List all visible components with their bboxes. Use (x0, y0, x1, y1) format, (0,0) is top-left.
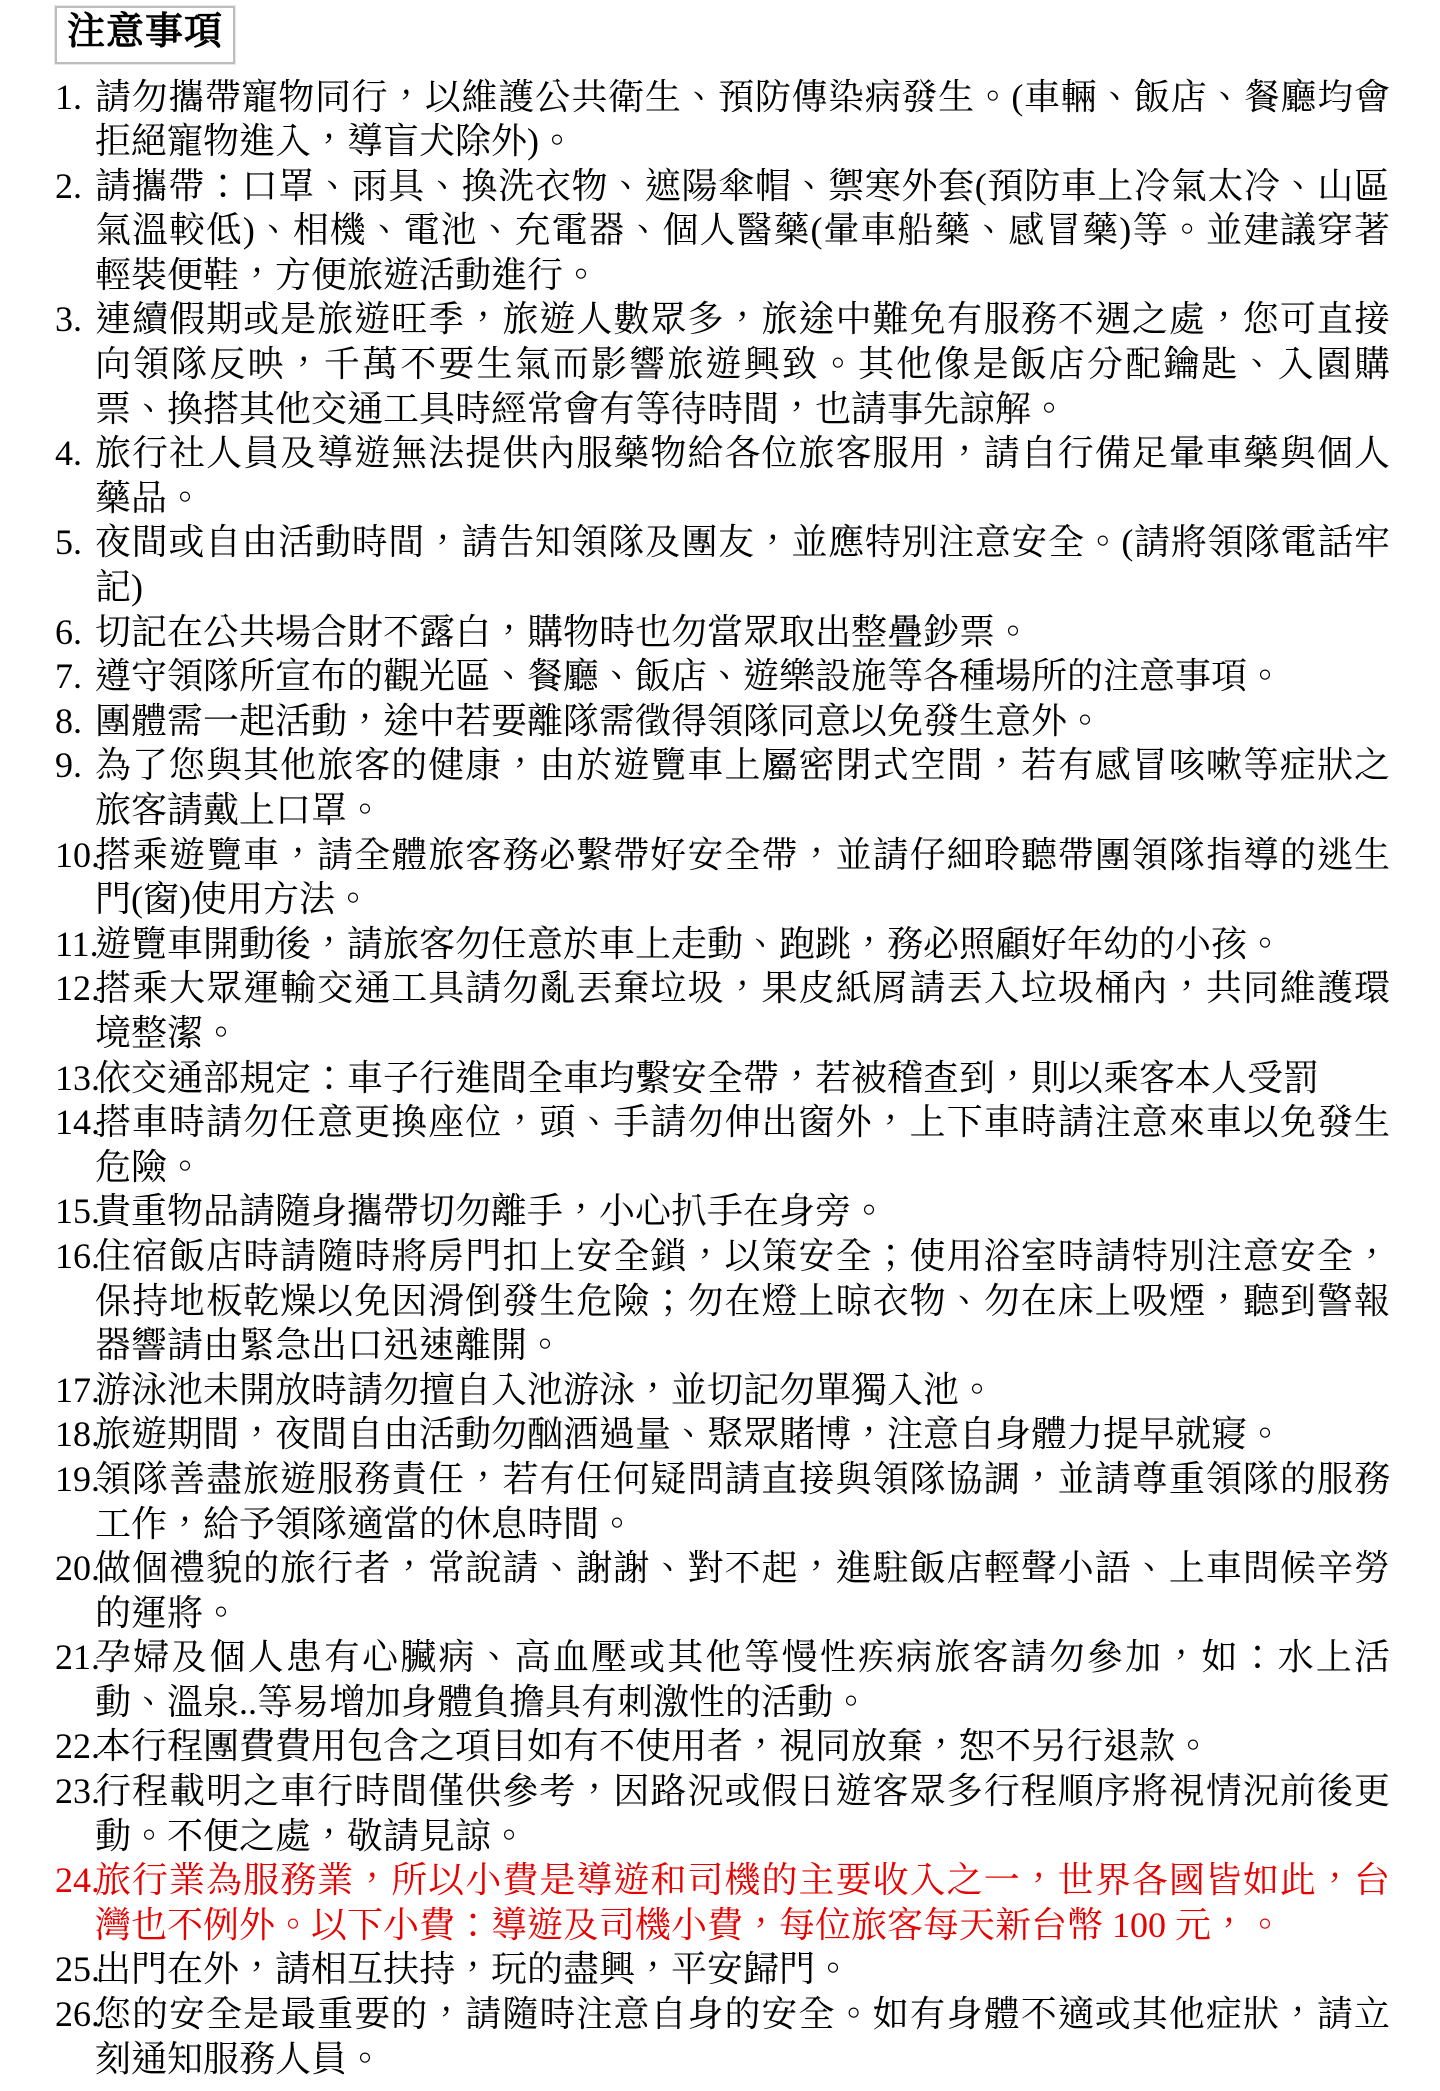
notice-item-number: 13. (55, 1056, 95, 1101)
notice-item-text: 貴重物品請隨身攜帶切勿離手，小心扒手在身旁。 (95, 1189, 1390, 1234)
notice-item-22: 22.本行程團費費用包含之項目如有不使用者，視同放棄，恕不另行退款。 (55, 1724, 1390, 1769)
notice-item-text: 依交通部規定：車子行進間全車均繫安全帶，若被稽查到，則以乘客本人受罰 (95, 1056, 1390, 1101)
notice-item-number: 16. (55, 1234, 95, 1279)
notice-item-text: 旅行社人員及導遊無法提供內服藥物給各位旅客服用，請自行備足暈車藥與個人藥品。 (95, 431, 1390, 520)
notice-item-number: 23. (55, 1769, 95, 1814)
notice-item-17: 17.游泳池未開放時請勿擅自入池游泳，並切記勿單獨入池。 (55, 1368, 1390, 1413)
notice-item-23: 23.行程載明之車行時間僅供參考，因路況或假日遊客眾多行程順序將視情況前後更動。… (55, 1769, 1390, 1858)
notice-item-text: 遵守領隊所宣布的觀光區、餐廳、飯店、遊樂設施等各種場所的注意事項。 (95, 654, 1390, 699)
notice-item-21: 21.孕婦及個人患有心臟病、高血壓或其他等慢性疾病旅客請勿參加，如：水上活動、溫… (55, 1635, 1390, 1724)
notice-item-15: 15.貴重物品請隨身攜帶切勿離手，小心扒手在身旁。 (55, 1189, 1390, 1234)
notice-item-number: 26. (55, 1992, 95, 2037)
page-title: 注意事項 (55, 6, 235, 64)
notice-item-text: 請攜帶：口罩、雨具、換洗衣物、遮陽傘帽、禦寒外套(預防車上冷氣太冷、山區氣溫較低… (95, 164, 1390, 298)
notice-item-13: 13.依交通部規定：車子行進間全車均繫安全帶，若被稽查到，則以乘客本人受罰 (55, 1056, 1390, 1101)
notice-item-text: 切記在公共場合財不露白，購物時也勿當眾取出整疊鈔票。 (95, 610, 1390, 655)
notice-item-number: 25. (55, 1947, 95, 1992)
notice-item-3: 3.連續假期或是旅遊旺季，旅遊人數眾多，旅途中難免有服務不週之處，您可直接向領隊… (55, 297, 1390, 431)
notice-item-text: 旅遊期間，夜間自由活動勿酗酒過量、聚眾賭博，注意自身體力提早就寢。 (95, 1412, 1390, 1457)
page-title-text: 注意事項 (67, 11, 223, 53)
notice-item-text: 您的安全是最重要的，請隨時注意自身的安全。如有身體不適或其他症狀，請立刻通知服務… (95, 1992, 1390, 2081)
notice-item-11: 11.遊覽車開動後，請旅客勿任意於車上走動、跑跳，務必照顧好年幼的小孩。 (55, 922, 1390, 967)
notice-item-14: 14.搭車時請勿任意更換座位，頭、手請勿伸出窗外，上下車時請注意來車以免發生危險… (55, 1100, 1390, 1189)
notice-item-number: 11. (55, 922, 95, 967)
notice-item-number: 10. (55, 833, 95, 878)
notice-item-text: 為了您與其他旅客的健康，由於遊覽車上屬密閉式空間，若有感冒咳嗽等症狀之旅客請戴上… (95, 743, 1390, 832)
notice-item-number: 3. (55, 297, 95, 342)
notice-item-text: 搭乘大眾運輸交通工具請勿亂丟棄垃圾，果皮紙屑請丟入垃圾桶內，共同維護環境整潔。 (95, 966, 1390, 1055)
notice-item-8: 8.團體需一起活動，途中若要離隊需徵得領隊同意以免發生意外。 (55, 699, 1390, 744)
notice-item-text: 搭乘遊覽車，請全體旅客務必繫帶好安全帶，並請仔細聆聽帶團領隊指導的逃生門(窗)使… (95, 833, 1390, 922)
notice-item-20: 20.做個禮貌的旅行者，常說請、謝謝、對不起，進駐飯店輕聲小語、上車問候辛勞的運… (55, 1546, 1390, 1635)
notice-item-text: 游泳池未開放時請勿擅自入池游泳，並切記勿單獨入池。 (95, 1368, 1390, 1413)
notice-item-text: 孕婦及個人患有心臟病、高血壓或其他等慢性疾病旅客請勿參加，如：水上活動、溫泉..… (95, 1635, 1390, 1724)
notice-item-5: 5.夜間或自由活動時間，請告知領隊及團友，並應特別注意安全。(請將領隊電話牢記) (55, 520, 1390, 609)
notice-item-10: 10.搭乘遊覽車，請全體旅客務必繫帶好安全帶，並請仔細聆聽帶團領隊指導的逃生門(… (55, 833, 1390, 922)
notice-item-number: 22. (55, 1724, 95, 1769)
notice-item-number: 6. (55, 610, 95, 655)
notice-item-text: 團體需一起活動，途中若要離隊需徵得領隊同意以免發生意外。 (95, 699, 1390, 744)
notice-item-text: 住宿飯店時請隨時將房門扣上安全鎖，以策安全；使用浴室時請特別注意安全，保持地板乾… (95, 1234, 1390, 1368)
notice-item-number: 2. (55, 164, 95, 209)
notice-item-text: 搭車時請勿任意更換座位，頭、手請勿伸出窗外，上下車時請注意來車以免發生危險。 (95, 1100, 1390, 1189)
notice-item-2: 2.請攜帶：口罩、雨具、換洗衣物、遮陽傘帽、禦寒外套(預防車上冷氣太冷、山區氣溫… (55, 164, 1390, 298)
notice-item-text: 遊覽車開動後，請旅客勿任意於車上走動、跑跳，務必照顧好年幼的小孩。 (95, 922, 1390, 967)
notice-item-number: 7. (55, 654, 95, 699)
notice-item-number: 5. (55, 520, 95, 565)
notice-item-number: 17. (55, 1368, 95, 1413)
notice-item-text: 做個禮貌的旅行者，常說請、謝謝、對不起，進駐飯店輕聲小語、上車問候辛勞的運將。 (95, 1546, 1390, 1635)
notice-item-19: 19.領隊善盡旅遊服務責任，若有任何疑問請直接與領隊協調，並請尊重領隊的服務工作… (55, 1457, 1390, 1546)
notice-item-number: 8. (55, 699, 95, 744)
notice-item-25: 25.出門在外，請相互扶持，玩的盡興，平安歸門。 (55, 1947, 1390, 1992)
notice-item-12: 12.搭乘大眾運輸交通工具請勿亂丟棄垃圾，果皮紙屑請丟入垃圾桶內，共同維護環境整… (55, 966, 1390, 1055)
notice-item-24: 24.旅行業為服務業，所以小費是導遊和司機的主要收入之一，世界各國皆如此，台灣也… (55, 1858, 1390, 1947)
notice-item-text: 本行程團費費用包含之項目如有不使用者，視同放棄，恕不另行退款。 (95, 1724, 1390, 1769)
notice-item-1: 1.請勿攜帶寵物同行，以維護公共衛生、預防傳染病發生。(車輛、飯店、餐廳均會拒絕… (55, 75, 1390, 164)
notice-item-number: 24. (55, 1858, 95, 1903)
notice-item-number: 15. (55, 1189, 95, 1234)
notice-item-text: 出門在外，請相互扶持，玩的盡興，平安歸門。 (95, 1947, 1390, 1992)
notice-item-number: 14. (55, 1100, 95, 1145)
notice-item-6: 6.切記在公共場合財不露白，購物時也勿當眾取出整疊鈔票。 (55, 610, 1390, 655)
notice-item-18: 18.旅遊期間，夜間自由活動勿酗酒過量、聚眾賭博，注意自身體力提早就寢。 (55, 1412, 1390, 1457)
notice-document: 注意事項 1.請勿攜帶寵物同行，以維護公共衛生、預防傳染病發生。(車輛、飯店、餐… (0, 0, 1440, 2091)
notice-list: 1.請勿攜帶寵物同行，以維護公共衛生、預防傳染病發生。(車輛、飯店、餐廳均會拒絕… (55, 75, 1390, 2082)
notice-item-4: 4.旅行社人員及導遊無法提供內服藥物給各位旅客服用，請自行備足暈車藥與個人藥品。 (55, 431, 1390, 520)
notice-item-number: 1. (55, 75, 95, 120)
notice-item-text: 夜間或自由活動時間，請告知領隊及團友，並應特別注意安全。(請將領隊電話牢記) (95, 520, 1390, 609)
notice-item-number: 12. (55, 966, 95, 1011)
notice-item-text: 連續假期或是旅遊旺季，旅遊人數眾多，旅途中難免有服務不週之處，您可直接向領隊反映… (95, 297, 1390, 431)
notice-item-9: 9.為了您與其他旅客的健康，由於遊覽車上屬密閉式空間，若有感冒咳嗽等症狀之旅客請… (55, 743, 1390, 832)
notice-item-16: 16.住宿飯店時請隨時將房門扣上安全鎖，以策安全；使用浴室時請特別注意安全，保持… (55, 1234, 1390, 1368)
notice-item-number: 20. (55, 1546, 95, 1591)
notice-item-number: 9. (55, 743, 95, 788)
notice-item-text: 領隊善盡旅遊服務責任，若有任何疑問請直接與領隊協調，並請尊重領隊的服務工作，給予… (95, 1457, 1390, 1546)
notice-item-number: 4. (55, 431, 95, 476)
notice-item-number: 21. (55, 1635, 95, 1680)
notice-item-text: 請勿攜帶寵物同行，以維護公共衛生、預防傳染病發生。(車輛、飯店、餐廳均會拒絕寵物… (95, 75, 1390, 164)
notice-item-number: 19. (55, 1457, 95, 1502)
notice-item-number: 18. (55, 1412, 95, 1457)
notice-item-text: 行程載明之車行時間僅供參考，因路況或假日遊客眾多行程順序將視情況前後更動。不便之… (95, 1769, 1390, 1858)
notice-item-7: 7.遵守領隊所宣布的觀光區、餐廳、飯店、遊樂設施等各種場所的注意事項。 (55, 654, 1390, 699)
notice-item-text: 旅行業為服務業，所以小費是導遊和司機的主要收入之一，世界各國皆如此，台灣也不例外… (95, 1858, 1390, 1947)
notice-item-26: 26.您的安全是最重要的，請隨時注意自身的安全。如有身體不適或其他症狀，請立刻通… (55, 1992, 1390, 2081)
